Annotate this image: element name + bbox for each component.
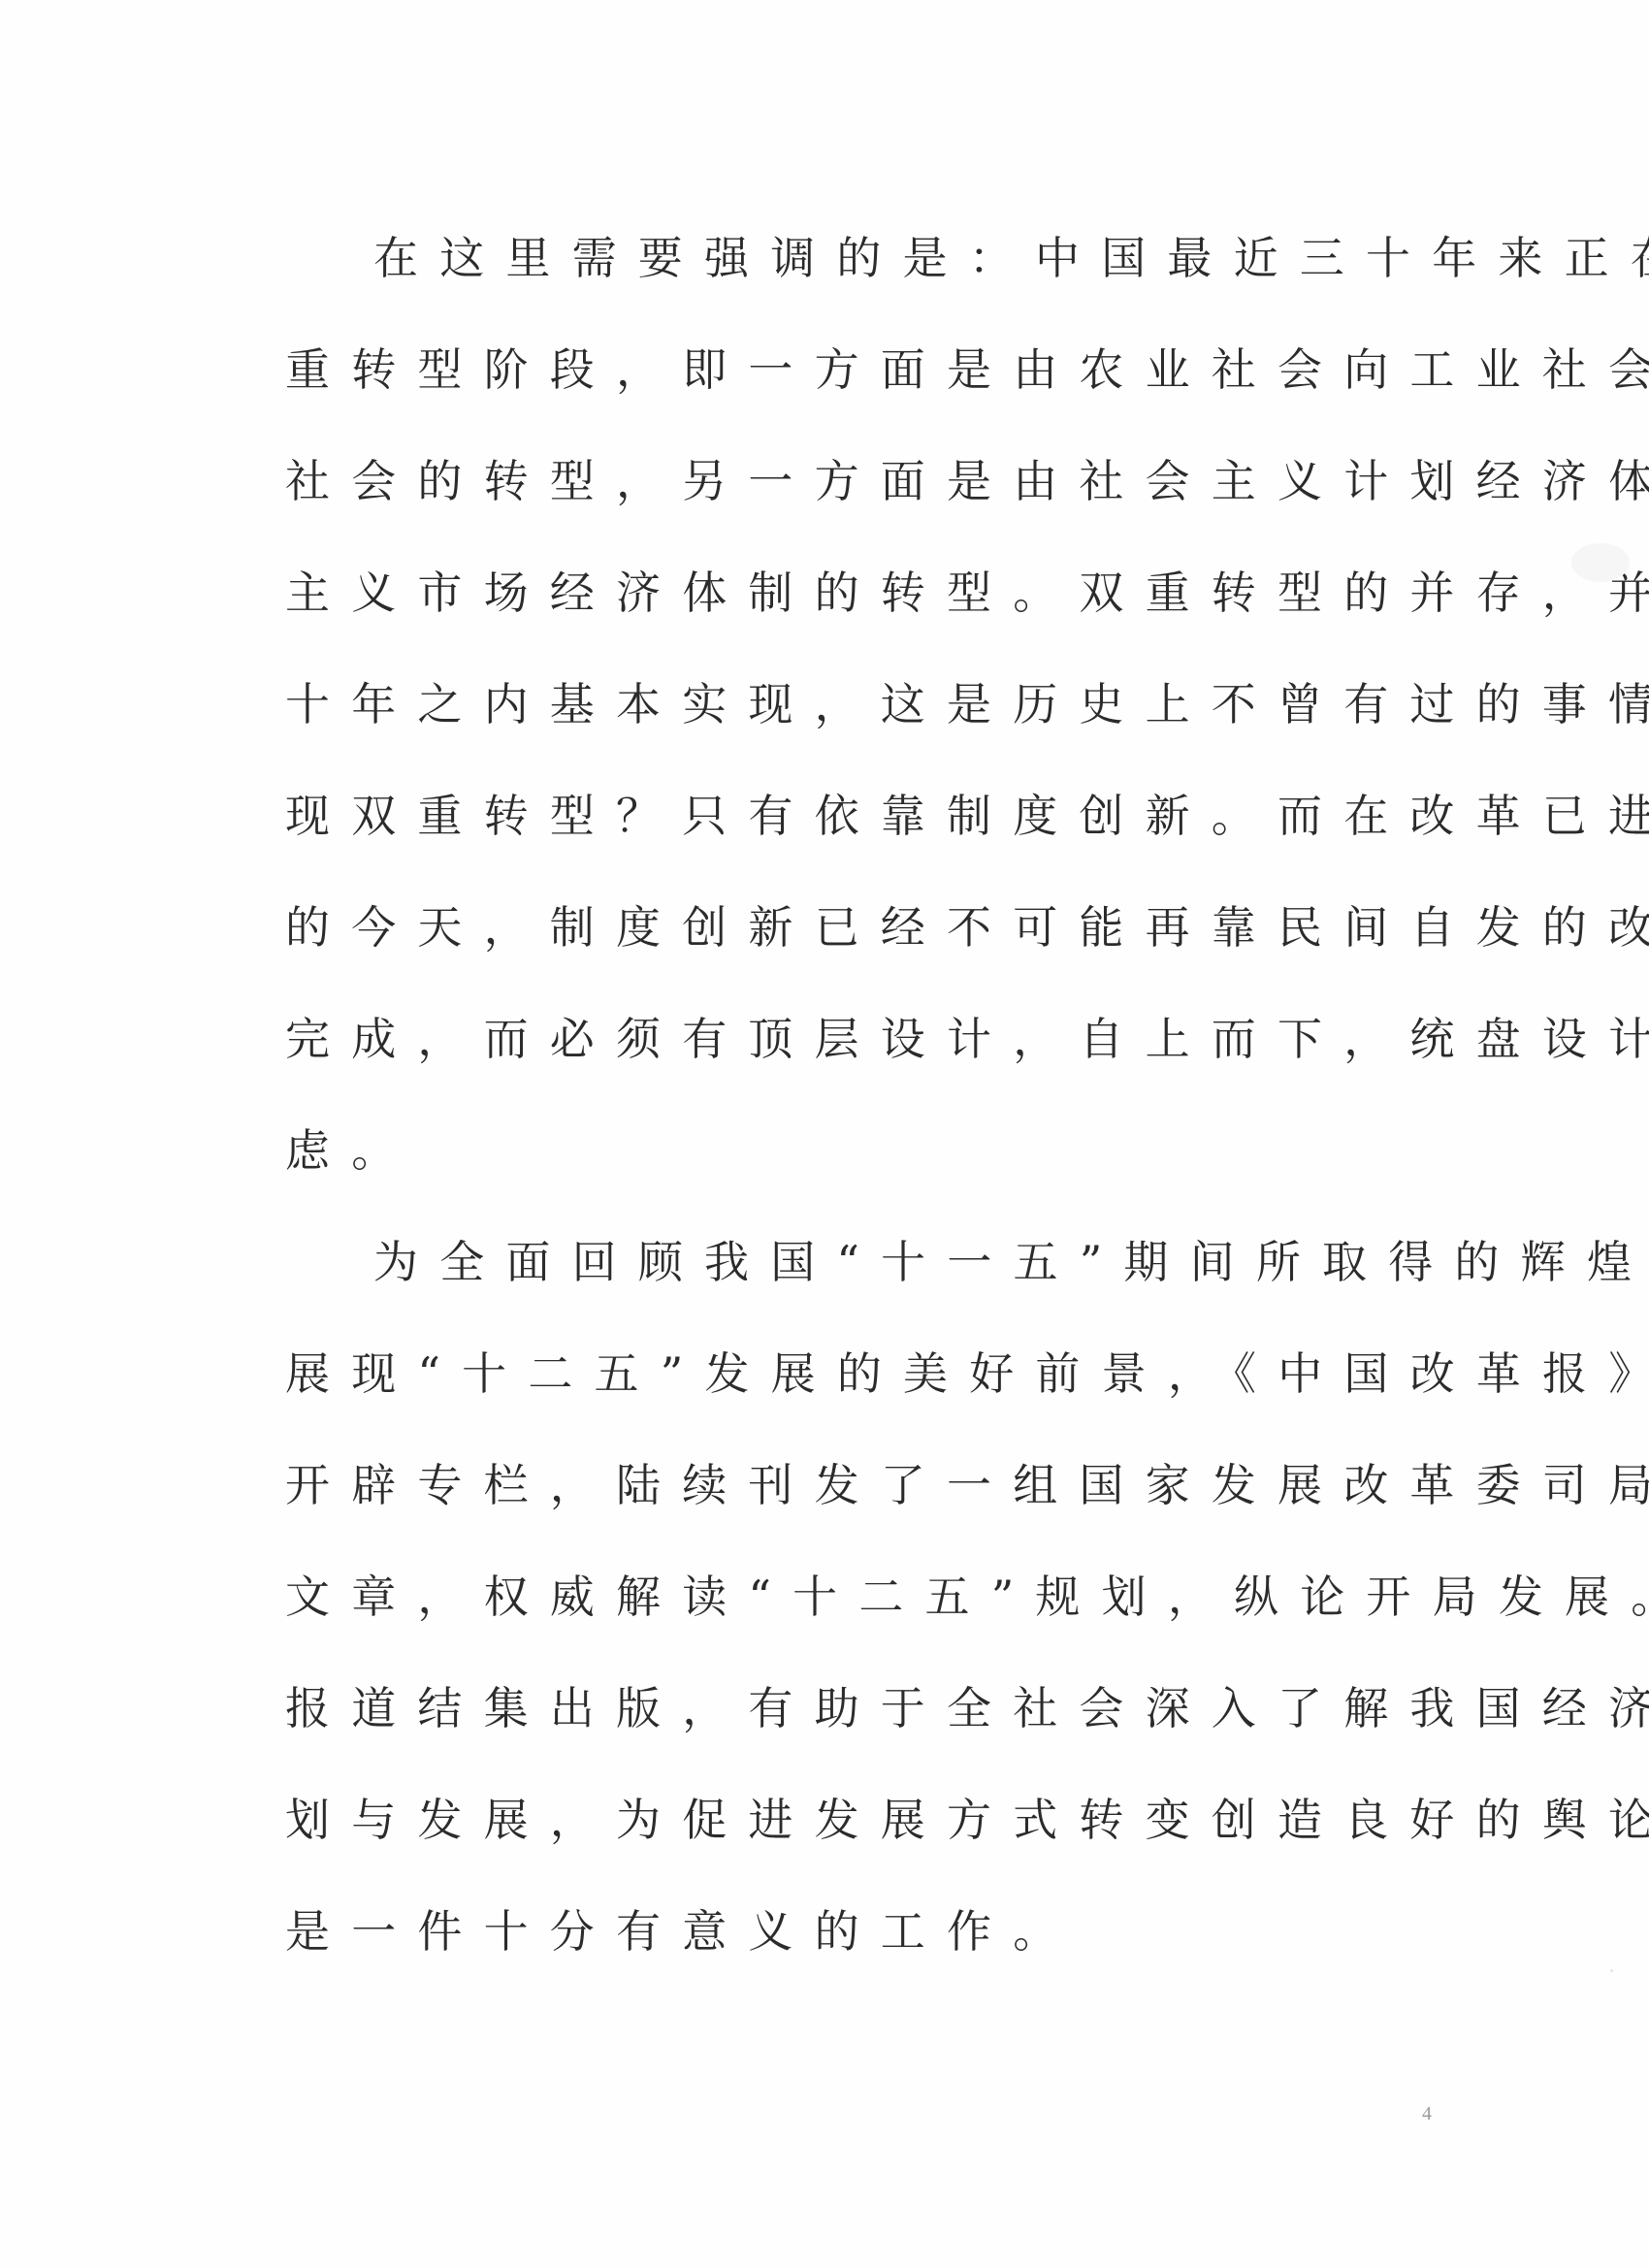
text-line: 是一件十分有意义的工作。 — [285, 1900, 1420, 2012]
text-line: 重转型阶段，即一方面是由农业社会向工业社会、现代化 — [285, 339, 1420, 450]
scan-artifact — [1610, 1969, 1613, 1972]
paragraph-2: 为全面回顾我国“十一五”期间所取得的辉煌成就， 展现“十二五”发展的美好前景，《… — [285, 1231, 1420, 2012]
text-line: 展现“十二五”发展的美好前景，《中国改革报》从年初 — [285, 1343, 1420, 1454]
text-line: 十年之内基本实现，这是历史上不曾有过的事情。怎样实 — [285, 673, 1420, 785]
text-line: 在这里需要强调的是：中国最近三十年来正在经历双 — [285, 227, 1420, 339]
scanned-page: 在这里需要强调的是：中国最近三十年来正在经历双 重转型阶段，即一方面是由农业社会… — [0, 0, 1649, 2268]
text-line: 社会的转型，另一方面是由社会主义计划经济体制向社会 — [285, 450, 1420, 562]
text-line: 文章，权威解读“十二五”规划，纵论开局发展。将这组 — [285, 1566, 1420, 1677]
page-number: 4 — [1422, 2103, 1432, 2125]
text-line: 开辟专栏，陆续刊发了一组国家发展改革委司局长的访谈 — [285, 1454, 1420, 1566]
text-line: 完成，而必须有顶层设计，自上而下，统盘设计，统盘考 — [285, 1008, 1420, 1119]
body-text: 在这里需要强调的是：中国最近三十年来正在经历双 重转型阶段，即一方面是由农业社会… — [285, 227, 1420, 2012]
scan-artifact — [1571, 543, 1630, 582]
text-line: 报道结集出版，有助于全社会深入了解我国经济社会的规 — [285, 1677, 1420, 1789]
text-line: 为全面回顾我国“十一五”期间所取得的辉煌成就， — [285, 1231, 1420, 1343]
paragraph-1: 在这里需要强调的是：中国最近三十年来正在经历双 重转型阶段，即一方面是由农业社会… — [285, 227, 1420, 1231]
text-line: 虑。 — [285, 1119, 1420, 1231]
text-line: 的今天，制度创新已经不可能再靠民间自发的改革试验来 — [285, 896, 1420, 1008]
text-line: 划与发展，为促进发展方式转变创造良好的舆论环境，这 — [285, 1789, 1420, 1900]
text-line: 现双重转型？只有依靠制度创新。而在改革已进行 30 年后 — [285, 785, 1420, 896]
text-line: 主义市场经济体制的转型。双重转型的并存，并且要在几 — [285, 562, 1420, 673]
